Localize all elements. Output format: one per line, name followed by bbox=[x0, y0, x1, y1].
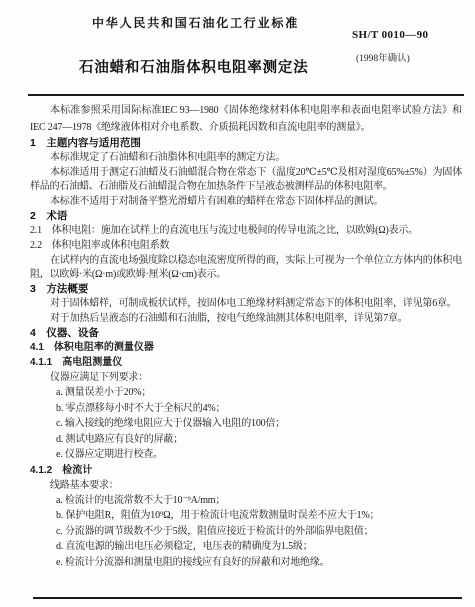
confirmation-note: (1998年确认) bbox=[356, 50, 410, 64]
paragraph: 对于固体蜡样，可制成板状试样，按固体电工绝缘材料测定常态下的体积电阻率，详见第6… bbox=[30, 297, 462, 311]
term-definition: 2.2 体积电阻率或体积电阻系数 bbox=[30, 239, 462, 253]
list-item: c. 分流器的调节级数不少于5级，阻值应接近于检流计的外部临界电阻值； bbox=[30, 525, 462, 540]
list-item: d. 直流电源的输出电压必须稳定，电压表的精确度为1.5级； bbox=[30, 540, 462, 555]
sub-heading-4-1-1: 4.1.1 高电阻测量仪 bbox=[30, 356, 462, 370]
paragraph: 对于加热后呈液态的石油蜡和石油脂，按电气绝缘油测其体积电阻率，详见第7章。 bbox=[30, 312, 462, 326]
list-item: d. 测试电路应有良好的屏蔽； bbox=[30, 433, 462, 448]
paragraph: 在试样内的直流电场强度除以稳态电流密度所得的商，实际上可视为一个单位立方体内的体… bbox=[30, 254, 462, 282]
footer-divider bbox=[33, 597, 462, 599]
list-item: e. 检流计分流器和测量电阻的接线应有良好的屏蔽和对地绝缘。 bbox=[30, 556, 462, 571]
standard-number: SH/T 0010—90 bbox=[352, 29, 428, 41]
list-item: b. 保护电阻R，阻值为10⁹Ω，用于检流计电流常数测量时误差不应大于1%； bbox=[30, 509, 462, 524]
sub-heading-4-1-2: 4.1.2 检流计 bbox=[30, 464, 462, 478]
standard-org-label: 中华人民共和国石油化工行业标准 bbox=[92, 14, 299, 31]
list-item: e. 仪器应定期进行校查。 bbox=[30, 448, 462, 463]
document-body: 本标准参照采用国际标准IEC 93—1980《固体绝缘材料体积电阻率和表面电阻率… bbox=[30, 100, 462, 570]
list-item: a. 检流计的电流常数不大于10⁻⁹A/mm； bbox=[30, 494, 462, 509]
list-item: c. 输入接线的绝缘电阻应大于仪器输入电阻的100倍； bbox=[30, 417, 462, 432]
paragraph: 线路基本要求： bbox=[30, 479, 462, 493]
section-heading-1: 1 主题内容与适用范围 bbox=[30, 137, 462, 150]
section-heading-3: 3 方法概要 bbox=[30, 283, 462, 296]
paragraph: 本标准适用于测定石油蜡及石油蜡混合物在常态下（温度20℃±5℃及相对湿度65%±… bbox=[30, 166, 462, 194]
paragraph: 仪器应满足下列要求： bbox=[30, 371, 462, 385]
section-heading-2: 2 术语 bbox=[30, 210, 462, 223]
list-item: a. 测量误差小于20%； bbox=[30, 386, 462, 401]
list-item: b. 零点漂移每小时不大于全标尺的4%； bbox=[30, 402, 462, 417]
section-heading-4: 4 仪器、设备 bbox=[30, 327, 462, 340]
intro-paragraph: 本标准参照采用国际标准IEC 93—1980《固体绝缘材料体积电阻率和表面电阻率… bbox=[30, 102, 462, 136]
scanned-standard-page: 中华人民共和国石油化工行业标准 SH/T 0010—90 (1998年确认) 石… bbox=[0, 0, 475, 607]
term-definition: 2.1 体积电阻：施加在试样上的直流电压与流过电极间的传导电流之比，以欧姆(Ω)… bbox=[30, 224, 462, 238]
paragraph: 本标准规定了石油蜡和石油脂体积电阻率的测定方法。 bbox=[30, 151, 462, 165]
document-title: 石油蜡和石油脂体积电阻率测定法 bbox=[79, 56, 309, 77]
paragraph: 本标准不适用于对制备平整光滑蜡片有困难的蜡样在常态下固体样品的测试。 bbox=[30, 195, 462, 209]
sub-heading-4-1: 4.1 体积电阻率的测量仪器 bbox=[30, 341, 462, 355]
header-divider bbox=[28, 94, 464, 96]
